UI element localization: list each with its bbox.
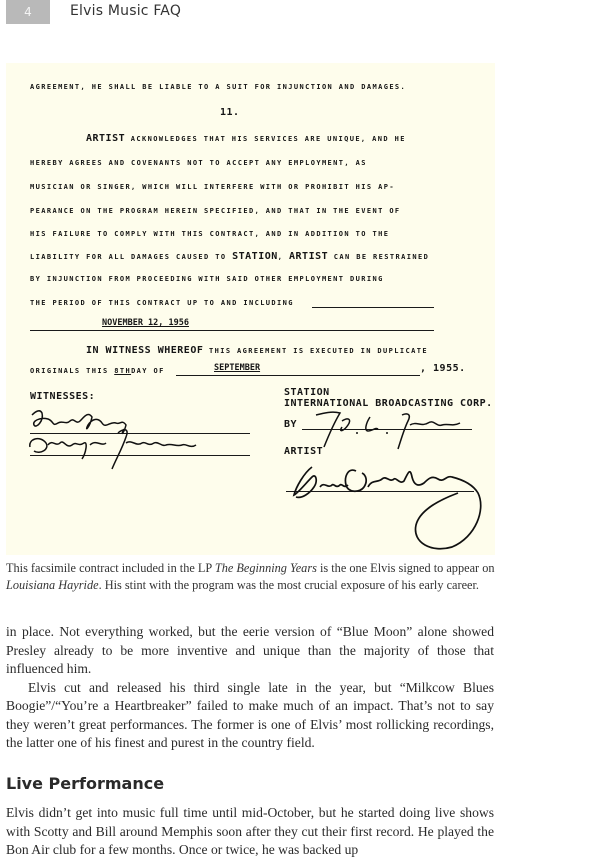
contract-section-number: 11. (220, 107, 240, 118)
contract-line: originals this 8thday of (30, 367, 165, 375)
contract-end-date: NOVEMBER 12, 1956 (102, 318, 189, 328)
contract-line: the period of this contract up to and in… (30, 299, 294, 307)
show-title: Louisiana Hayride (6, 578, 99, 592)
contract-line: hereby agrees and covenants not to accep… (30, 159, 367, 167)
contract-month: SEPTEMBER (214, 363, 260, 373)
page-number: 4 (6, 0, 50, 24)
paragraph: in place. Not everything worked, but the… (6, 623, 494, 679)
book-title: Elvis Music FAQ (70, 3, 181, 19)
figure-caption: This facsimile contract included in the … (6, 560, 496, 593)
contract-line: by injunction from proceeding with said … (30, 275, 384, 283)
contract-line: musician or singer, which will interfere… (30, 183, 395, 191)
contract-line: his failure to comply with this contract… (30, 230, 389, 238)
fill-line (30, 330, 434, 331)
contract-line: IN WITNESS WHEREOF this agreement is exe… (86, 345, 428, 356)
contract-line: agreement, he shall be liable to a suit … (30, 83, 406, 91)
lp-title: The Beginning Years (215, 561, 317, 575)
station-label: STATION (284, 387, 330, 398)
by-label: By (284, 419, 297, 430)
witness-signatures (26, 403, 256, 483)
contract-year: , 1955. (420, 363, 466, 374)
witnesses-label: WITNESSES: (30, 391, 95, 402)
body-text-lower: Elvis didn’t get into music full time un… (6, 804, 494, 860)
elvis-signature (282, 453, 492, 553)
fill-line (312, 307, 434, 308)
contract-line: ARTIST acknowledges that his services ar… (86, 133, 406, 144)
contract-line: pearance on the program herein specified… (30, 207, 401, 215)
section-heading: Live Performance (6, 774, 164, 793)
station-signature (302, 403, 482, 453)
paragraph: Elvis didn’t get into music full time un… (6, 804, 494, 860)
contract-facsimile: agreement, he shall be liable to a suit … (6, 63, 495, 555)
contract-line: liability for all damages caused to STAT… (30, 251, 429, 262)
running-head: 4 Elvis Music FAQ (0, 0, 590, 26)
fill-line (176, 375, 420, 376)
body-text-upper: in place. Not everything worked, but the… (6, 623, 494, 753)
paragraph: Elvis cut and released his third single … (6, 679, 494, 753)
